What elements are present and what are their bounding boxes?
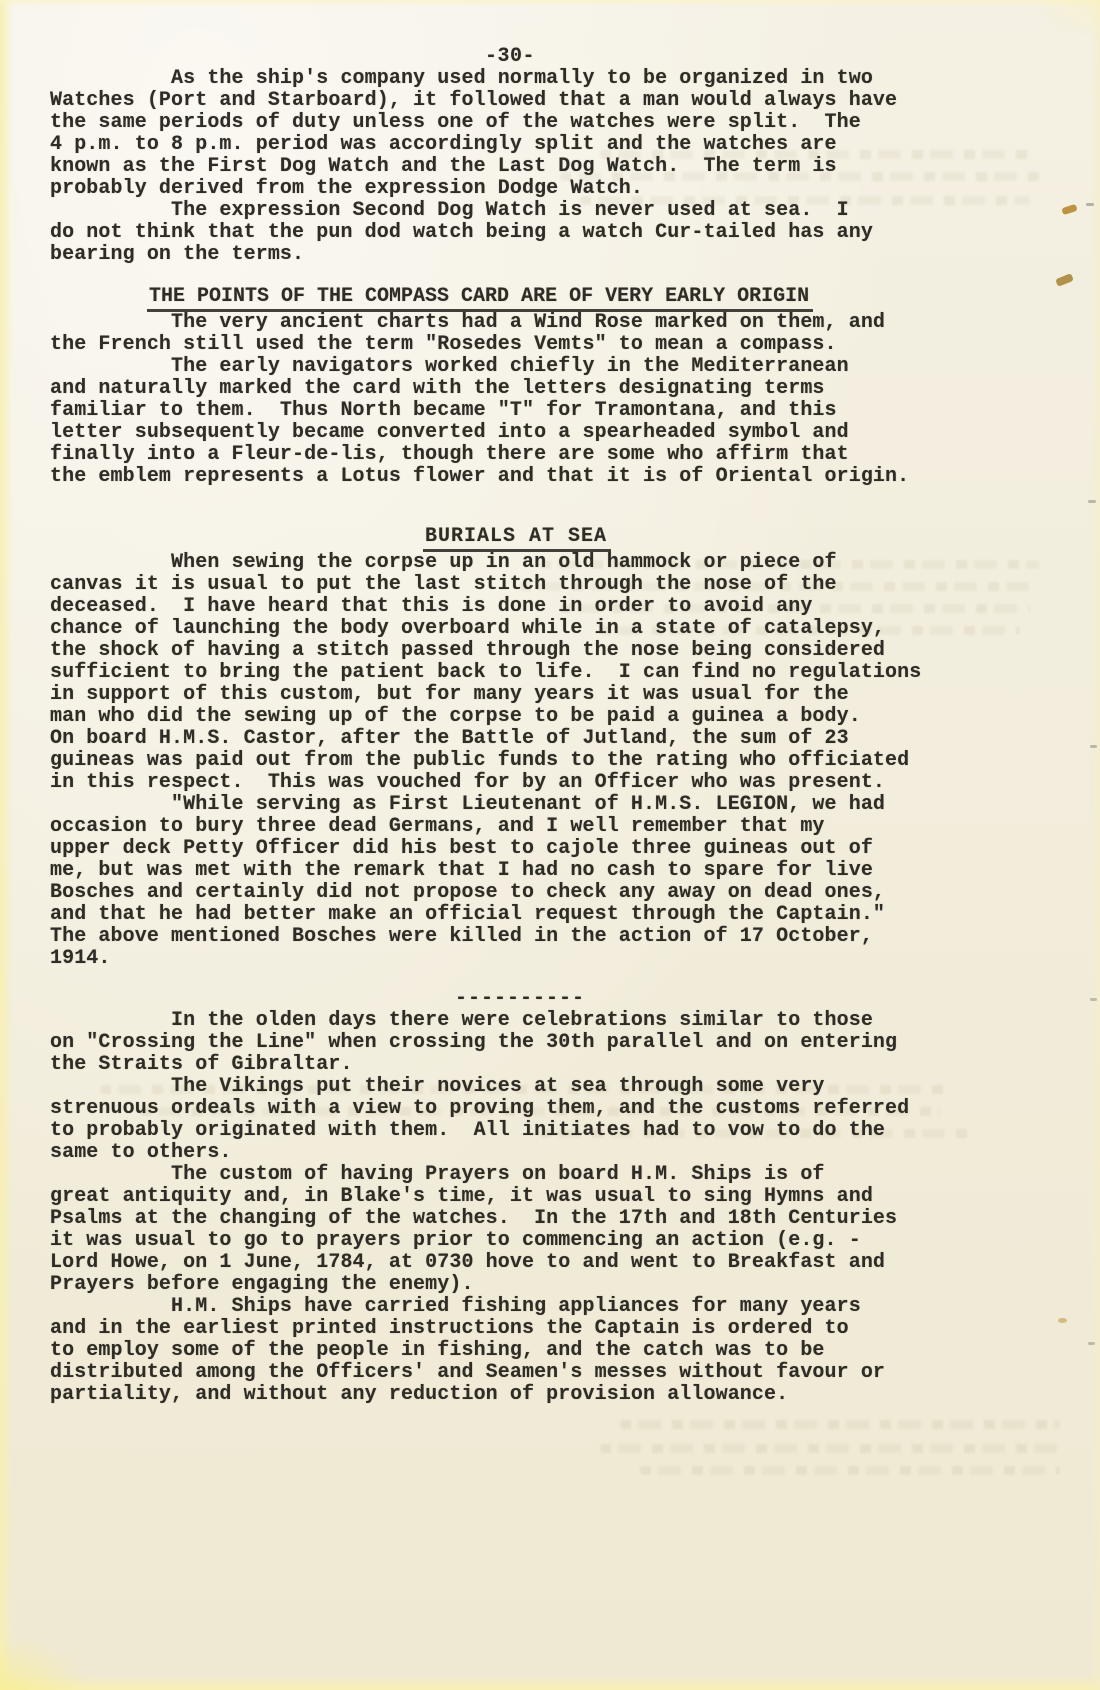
heading-compass-text: THE POINTS OF THE COMPASS CARD ARE OF VE… (147, 286, 813, 312)
margin-mark (1090, 998, 1097, 1001)
section-heading-burials: BURIALS AT SEA (423, 526, 1050, 552)
foxing-mark (1058, 1318, 1067, 1323)
page-edge-top (0, 0, 1100, 7)
page-number: -30- (485, 46, 1050, 68)
page-edge-left (0, 0, 13, 1690)
bleed-through-texture (640, 1466, 1060, 1475)
page-edge-bottom (0, 1675, 1100, 1690)
paragraph-wind-rose: The very ancient charts had a Wind Rose … (50, 312, 1050, 356)
ink-fleck (1061, 204, 1077, 215)
page-content: -30- As the ship's company used normally… (50, 46, 1050, 1406)
paragraph-prayers: The custom of having Prayers on board H.… (50, 1164, 1050, 1296)
paragraph-fishing: H.M. Ships have carried fishing applianc… (50, 1296, 1050, 1406)
paragraph-legion-quote: "While serving as First Lieutenant of H.… (50, 794, 1050, 970)
bleed-through-texture (600, 1444, 1060, 1453)
paragraph-burials-sewing: When sewing the corpse up in an old hamm… (50, 552, 1050, 794)
section-separator-dashes: ---------- (455, 988, 1050, 1010)
ink-fleck (1055, 273, 1074, 287)
paragraph-vikings: The Vikings put their novices at sea thr… (50, 1076, 1050, 1164)
paragraph-dog-watches: As the ship's company used normally to b… (50, 68, 1050, 200)
section-heading-compass: THE POINTS OF THE COMPASS CARD ARE OF VE… (147, 286, 1050, 312)
page-edge-right (1090, 0, 1100, 1690)
scanned-document-page: -30- As the ship's company used normally… (0, 0, 1100, 1690)
margin-mark (1088, 500, 1096, 503)
paragraph-second-dog-watch: The expression Second Dog Watch is never… (50, 200, 1050, 266)
margin-mark (1088, 1342, 1095, 1345)
page-corner-tint (1030, 0, 1100, 40)
paragraph-early-navigators: The early navigators worked chiefly in t… (50, 356, 1050, 488)
heading-burials-text: BURIALS AT SEA (423, 526, 611, 552)
page-corner-tint (0, 1635, 90, 1690)
margin-mark (1086, 203, 1094, 206)
bleed-through-texture (620, 1420, 1060, 1429)
margin-mark (1090, 745, 1097, 748)
paragraph-olden-days: In the olden days there were celebration… (50, 1010, 1050, 1076)
